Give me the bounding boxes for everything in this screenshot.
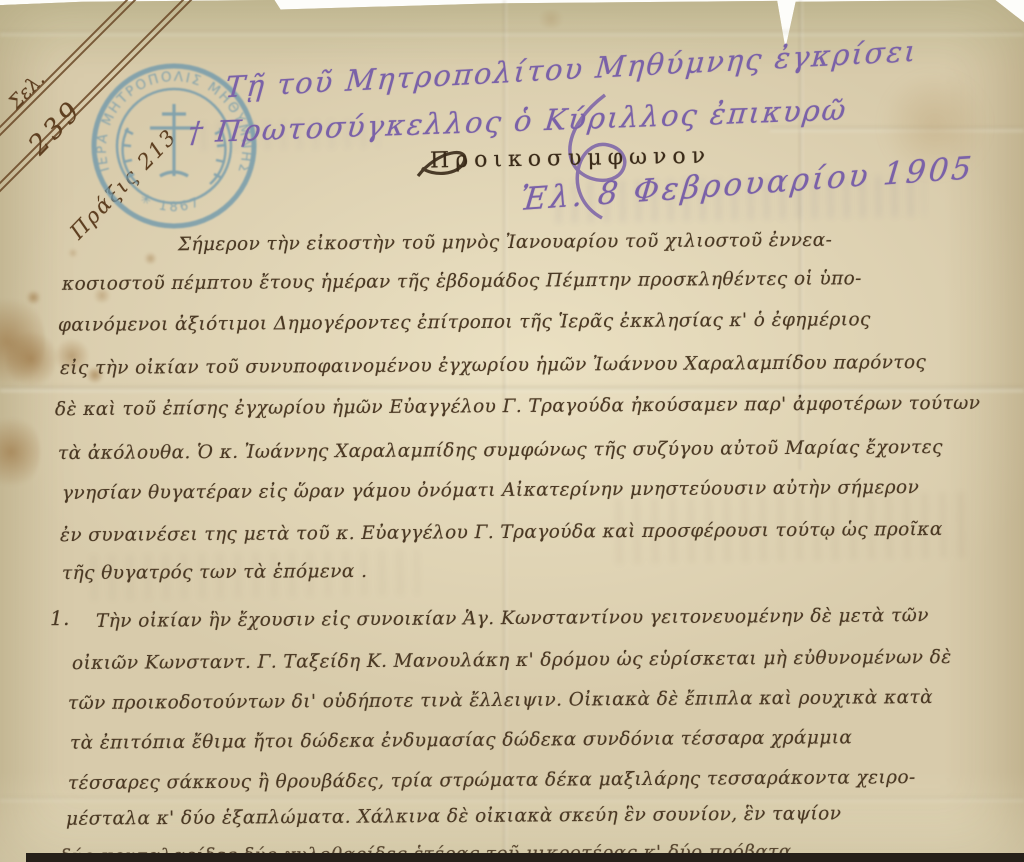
manuscript-line: τῆς θυγατρός των τὰ ἑπόμενα . [62, 561, 367, 584]
ink-stain [26, 290, 41, 305]
fold-crease-horizontal-middle [0, 386, 1024, 392]
document-title: Προικοσυμφωνον [430, 144, 711, 174]
document-scan: Σελ. 239 Πράξις 213 ΙΕΡΑ ΜΗΤΡΟΠΟΛΙΣ ΜΗΘΥ… [0, 0, 1024, 862]
water-stain [536, 10, 566, 28]
fold-crease-horizontal-bottom [0, 796, 1024, 802]
ink-stain [6, 328, 56, 390]
item-marker: 1. [50, 606, 70, 630]
scan-edge [26, 853, 1024, 862]
